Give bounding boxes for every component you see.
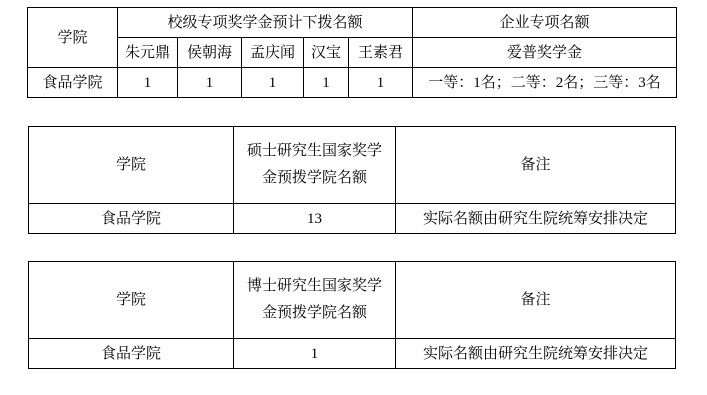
donor-name-cell: 孟庆闻 (242, 38, 304, 68)
enterprise-header-cell: 企业专项名额 (413, 8, 677, 38)
master-table-header-row: 学院 硕士研究生国家奖学金预拨学院名额 备注 (29, 127, 676, 204)
campus-table-header-row-1: 学院 校级专项奖学金预计下拨名额 企业专项名额 (28, 8, 677, 38)
college-header-cell: 学院 (29, 262, 234, 339)
master-quota-header-cell: 硕士研究生国家奖学金预拨学院名额 (234, 127, 396, 204)
donor-name-cell: 汉宝 (304, 38, 349, 68)
doctor-quota-header-cell: 博士研究生国家奖学金预拨学院名额 (234, 262, 396, 339)
remark-header-cell: 备注 (396, 127, 676, 204)
enterprise-quota-cell: 一等：1名；二等：2名；三等：3名 (413, 68, 677, 98)
college-name-cell: 食品学院 (28, 68, 118, 98)
college-header-cell: 学院 (28, 8, 118, 68)
doctor-quota-cell: 1 (234, 339, 396, 369)
quota-cell: 1 (178, 68, 242, 98)
master-table-data-row: 食品学院 13 实际名额由研究生院统筹安排决定 (29, 204, 676, 234)
quota-cell: 1 (242, 68, 304, 98)
master-scholarship-table: 学院 硕士研究生国家奖学金预拨学院名额 备注 食品学院 13 实际名额由研究生院… (28, 126, 676, 234)
donor-name-cell: 侯朝海 (178, 38, 242, 68)
doctor-scholarship-table: 学院 博士研究生国家奖学金预拨学院名额 备注 食品学院 1 实际名额由研究生院统… (28, 261, 676, 369)
campus-table-data-row: 食品学院 1 1 1 1 1 一等：1名；二等：2名；三等：3名 (28, 68, 677, 98)
college-name-cell: 食品学院 (29, 204, 234, 234)
college-header-cell: 学院 (29, 127, 234, 204)
campus-special-header-cell: 校级专项奖学金预计下拨名额 (118, 8, 413, 38)
campus-table-header-row-2: 朱元鼎 侯朝海 孟庆闻 汉宝 王素君 爱普奖学金 (28, 38, 677, 68)
college-name-cell: 食品学院 (29, 339, 234, 369)
master-quota-cell: 13 (234, 204, 396, 234)
campus-special-scholarship-table: 学院 校级专项奖学金预计下拨名额 企业专项名额 朱元鼎 侯朝海 孟庆闻 汉宝 王… (27, 7, 677, 98)
quota-cell: 1 (304, 68, 349, 98)
master-remark-cell: 实际名额由研究生院统筹安排决定 (396, 204, 676, 234)
doctor-table-header-row: 学院 博士研究生国家奖学金预拨学院名额 备注 (29, 262, 676, 339)
donor-name-cell: 王素君 (349, 38, 413, 68)
doctor-table-data-row: 食品学院 1 实际名额由研究生院统筹安排决定 (29, 339, 676, 369)
quota-cell: 1 (118, 68, 178, 98)
quota-cell: 1 (349, 68, 413, 98)
donor-name-cell: 朱元鼎 (118, 38, 178, 68)
enterprise-scholarship-name-cell: 爱普奖学金 (413, 38, 677, 68)
remark-header-cell: 备注 (396, 262, 676, 339)
document-page: 学院 校级专项奖学金预计下拨名额 企业专项名额 朱元鼎 侯朝海 孟庆闻 汉宝 王… (0, 0, 707, 395)
doctor-remark-cell: 实际名额由研究生院统筹安排决定 (396, 339, 676, 369)
